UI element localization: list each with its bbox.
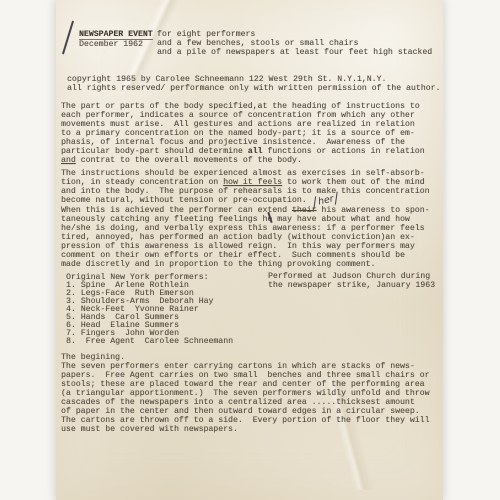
paragraph-line: phasis, of internal focus and projective…	[61, 138, 425, 147]
emphasized-word: all	[248, 147, 263, 156]
paragraph-line: cascades of the newspapers into a centra…	[61, 398, 430, 407]
paragraph-body-part: The part or parts of the body specified,…	[61, 102, 425, 165]
copyright-line: all rights reserved/ performance only wi…	[67, 84, 440, 93]
paragraph-line: and contrat to the overall movements of …	[61, 156, 425, 165]
paragraph-line: made discretly and in proportion to the …	[61, 260, 430, 269]
header-right-column: for eight performers and a few benches, …	[157, 30, 432, 57]
header-note-line: and a few benches, stools or small chair…	[157, 39, 432, 48]
performer-item: 8. Free Agent Carolee Schneemann	[66, 338, 233, 346]
paragraph-line: become natural, without tension or pre-o…	[61, 196, 430, 205]
copyright-block: copyright 1965 by Carolee Schneemann 122…	[67, 75, 440, 93]
paragraph-line: The seven performers enter carrying cart…	[61, 362, 430, 371]
paragraph-line: to a primary concentration on the named …	[61, 129, 425, 138]
paragraph-line: tion, in steady concentration on how it …	[61, 178, 430, 187]
paragraph-line: When this is achieved the performer can …	[61, 206, 430, 215]
paragraph-line: he/she is doing, and verbally express th…	[61, 224, 430, 233]
paragraph-line: (a triangular apportionment.) The seven …	[61, 389, 430, 398]
paragraph-line: taneously catching any fleeting feelings…	[61, 215, 430, 224]
paragraph-line: comment on their own efforts or their ef…	[61, 251, 430, 260]
header-note-line: for eight performers	[157, 30, 432, 39]
paragraph-line: tired, annoyed, has performed an action …	[61, 233, 430, 242]
paragraph-instructions: The instructions should be experienced a…	[61, 169, 430, 205]
performance-note-line: the newspaper strike, January 1963	[268, 282, 435, 291]
header-note-line: and a pile of newspapers at least four f…	[157, 48, 432, 57]
paragraph-line: and into the body. The purpose of rehear…	[61, 187, 430, 196]
header-left-column: NEWSPAPER EVENT December 1962	[79, 30, 153, 49]
paragraph-line: use must be covered with newspapers.	[61, 425, 430, 434]
paragraph-line: each performer, indicates a source of co…	[61, 111, 425, 120]
copyright-line: copyright 1965 by Carolee Schneemann 122…	[67, 75, 440, 84]
section-heading-beginning: The begining.	[61, 353, 125, 362]
underlined-phrase: how it feels	[223, 178, 282, 187]
scan-background: NEWSPAPER EVENT December 1962 for eight …	[0, 0, 500, 500]
paragraph-line: papers. Free Agent carries on two small …	[61, 371, 430, 380]
paragraph-line: of paper in the center and then outward …	[61, 407, 430, 416]
paragraph-line: movements must arise. All gestures and a…	[61, 120, 425, 129]
performers-list: Original New York performers: 1. Spine A…	[66, 273, 233, 346]
document-title: NEWSPAPER EVENT	[79, 30, 153, 40]
paragraph-line: stools; these are placed toward the rear…	[61, 380, 430, 389]
paragraph-line: The instructions should be experienced a…	[61, 169, 430, 178]
paragraph-line: The cartons are thrown off to a side. Ev…	[61, 416, 430, 425]
handwritten-slash-mark	[59, 19, 75, 57]
document-date: December 1962	[79, 40, 153, 49]
underlined-word: and	[61, 156, 76, 165]
paragraph-beginning: The seven performers enter carrying cart…	[61, 362, 430, 434]
paragraph-line: The part or parts of the body specified,…	[61, 102, 425, 111]
document-page: NEWSPAPER EVENT December 1962 for eight …	[56, 0, 443, 500]
paragraph-awareness: When this is achieved the performer can …	[61, 206, 430, 269]
paragraph-line: pression of this awareness is allowed re…	[61, 242, 430, 251]
paragraph-line: particular body-part should determine al…	[61, 147, 425, 156]
performance-note: Performed at Judson Church during the ne…	[268, 273, 435, 290]
